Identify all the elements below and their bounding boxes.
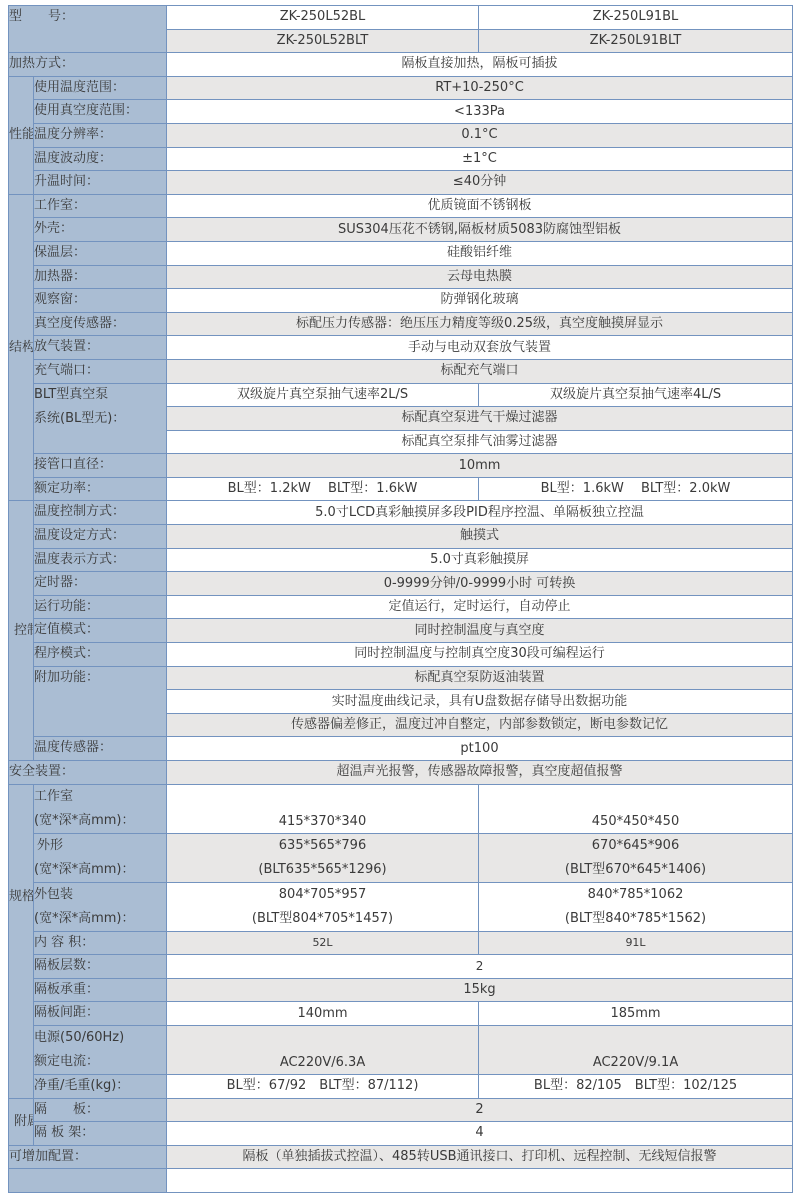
row-value: BL型：1.2kW BLT型：1.6kW [167,477,479,501]
ctrl-row: 定值模式： 同时控制温度与真空度 [9,619,793,643]
row-label: 温度波动度： [34,147,167,171]
spec-volume-row: 内 容 积： 52L 91L [9,931,793,955]
model-label: 型 号： [9,6,167,53]
group-controller: 控制器 [9,501,34,761]
row-value: BL型：1.6kW BLT型：2.0kW [479,477,793,501]
ctrl-row: 温度设定方式： 触摸式 [9,525,793,549]
row-label: 隔板间距： [34,1002,167,1026]
chamber-label-line1: 工作室 [34,785,166,809]
package-line1: 804*705*957 [167,883,478,907]
pump-filter-in: 标配真空泵进气干燥过滤器 [167,407,793,431]
row-value: 手动与电动双套放气装置 [167,336,793,360]
pump-label-line1: BLT型真空泵 [34,384,166,406]
ctrl-row: 温度表示方式： 5.0寸真彩触摸屏 [9,548,793,572]
row-label: 温度设定方式： [34,525,167,549]
chamber-label: 工作室 (宽*深*高mm)： [34,784,167,833]
spec-table: 型 号： ZK-250L52BL ZK-250L91BL ZK-250L52BL… [8,5,793,1193]
group-accessories: 附属品 [9,1098,34,1145]
row-label: 净重/毛重(kg)： [34,1074,167,1098]
spec-package-row: 外包装 (宽*深*高mm)： 804*705*957 (BLT型804*705*… [9,882,793,931]
row-value: BL型：67/92 BLT型：87/112) [167,1074,479,1098]
row-label: 定时器： [34,572,167,596]
power-label-line1: 电源(50/60Hz) [34,1026,166,1050]
row-value: 52L [167,931,479,955]
power-rating-row: 额定功率： BL型：1.2kW BLT型：1.6kW BL型：1.6kW BLT… [9,477,793,501]
struct-row: 加热器： 云母电热膜 [9,265,793,289]
spec-outer-row: 外形 (宽*深*高mm)： 635*565*796 (BLT635*565*12… [9,833,793,882]
row-value: 140mm [167,1002,479,1026]
row-label: 隔板承重： [34,978,167,1002]
accessory-row: 隔 板 架： 4 [9,1122,793,1146]
safety-row: 安全装置： 超温声光报警，传感器故障报警，真空度超值报警 [9,761,793,785]
row-value: BL型：82/105 BLT型：102/125 [479,1074,793,1098]
ctrl-row: 控制器 温度控制方式： 5.0寸LCD真彩触摸屏多段PID程序控温、单隔板独立控… [9,501,793,525]
row-label: 额定功率： [34,477,167,501]
row-value: 10mm [167,454,793,478]
row-label: 保温层： [34,241,167,265]
perf-row: 温度波动度： ±1°C [9,147,793,171]
row-label: 温度传感器： [34,737,167,761]
perf-row: 使用真空度范围： <133Pa [9,100,793,124]
row-value: 硅酸铝纤维 [167,241,793,265]
row-value: ≤40分钟 [167,171,793,195]
outer-label-line1: 外形 [34,834,166,858]
row-label: 升温时间： [34,171,167,195]
row-value: 同时控制温度与控制真空度30段可编程运行 [167,643,793,667]
spec-power-row: 电源(50/60Hz) 额定电流： AC220V/6.3A AC220V/9.1… [9,1025,793,1074]
spec-shelves-row: 隔板层数： 2 [9,955,793,979]
row-value: 15kg [167,978,793,1002]
row-label: 程序模式： [34,643,167,667]
package-line2: (BLT型840*785*1562) [479,907,792,931]
outer-value: 670*645*906 (BLT型670*645*1406) [479,833,793,882]
group-structure: 结构 [9,194,34,501]
row-value: <133Pa [167,100,793,124]
row-value: pt100 [167,737,793,761]
row-label: 使用温度范围： [34,76,167,100]
row-label: 充气端口： [34,359,167,383]
row-value: 4 [167,1122,793,1146]
model-row-1: 型 号： ZK-250L52BL ZK-250L91BL [9,6,793,30]
options-label: 可增加配置： [9,1145,167,1169]
pump-speed: 双级旋片真空泵抽气速率4L/S [479,383,793,407]
heating-value: 隔板直接加热，隔板可插拔 [167,53,793,77]
row-value: RT+10-250°C [167,76,793,100]
row-label: 外壳： [34,218,167,242]
row-label: 内 容 积： [34,931,167,955]
struct-row: 充气端口： 标配充气端口 [9,359,793,383]
row-label: 加热器： [34,265,167,289]
safety-value: 超温声光报警，传感器故障报警，真空度超值报警 [167,761,793,785]
row-label: 温度控制方式： [34,501,167,525]
extra-label: 附加功能： [34,666,167,737]
options-value: 隔板（单独插拔式控温）、485转USB通讯接口、打印机、远程控制、无线短信报警 [167,1145,793,1169]
row-label: 温度分辨率： [34,123,167,147]
safety-label: 安全装置： [9,761,167,785]
package-label-line2: (宽*深*高mm)： [34,907,166,931]
row-label: 定值模式： [34,619,167,643]
pump-label: BLT型真空泵 系统(BL型无)： [34,383,167,454]
struct-row: 放气装置： 手动与电动双套放气装置 [9,336,793,360]
outer-line1: 670*645*906 [479,834,792,858]
perf-row: 性能 使用温度范围： RT+10-250°C [9,76,793,100]
pipe-row: 接管口直径： 10mm [9,454,793,478]
row-value: 触摸式 [167,525,793,549]
row-value: 185mm [479,1002,793,1026]
struct-row: 观察窗： 防弹钢化玻璃 [9,289,793,313]
package-line1: 840*785*1062 [479,883,792,907]
row-label: 真空度传感器： [34,312,167,336]
heating-label: 加热方式： [9,53,167,77]
group-performance: 性能 [9,76,34,194]
model-cell: ZK-250L52BL [167,6,479,30]
spec-weight-row: 净重/毛重(kg)： BL型：67/92 BLT型：87/112) BL型：82… [9,1074,793,1098]
row-value: 防弹钢化玻璃 [167,289,793,313]
pump-row: BLT型真空泵 系统(BL型无)： 双级旋片真空泵抽气速率2L/S 双级旋片真空… [9,383,793,407]
row-value: 同时控制温度与真空度 [167,619,793,643]
outer-label: 外形 (宽*深*高mm)： [34,833,167,882]
chamber-label-line2: (宽*深*高mm)： [34,809,166,833]
options-row: 可增加配置： 隔板（单独插拔式控温）、485转USB通讯接口、打印机、远程控制、… [9,1145,793,1169]
empty-value [167,1169,793,1193]
row-label: 隔 板 架： [34,1122,167,1146]
row-value: 2 [167,955,793,979]
pump-label-line2: 系统(BL型无)： [34,408,166,430]
row-label: 放气装置： [34,336,167,360]
package-line2: (BLT型804*705*1457) [167,907,478,931]
struct-row: 保温层： 硅酸铝纤维 [9,241,793,265]
row-value: 优质镜面不锈钢板 [167,194,793,218]
row-value: SUS304压花不锈钢,隔板材质5083防腐蚀型铝板 [167,218,793,242]
power-value: AC220V/6.3A [167,1025,479,1074]
perf-row: 温度分辨率： 0.1°C [9,123,793,147]
perf-row: 升温时间： ≤40分钟 [9,171,793,195]
row-value: 91L [479,931,793,955]
row-label: 观察窗： [34,289,167,313]
ctrl-row: 程序模式： 同时控制温度与控制真空度30段可编程运行 [9,643,793,667]
row-label: 隔 板： [34,1098,167,1122]
package-value: 804*705*957 (BLT型804*705*1457) [167,882,479,931]
struct-row: 真空度传感器： 标配压力传感器：绝压压力精度等级0.25级，真空度触摸屏显示 [9,312,793,336]
model-cell: ZK-250L91BLT [479,29,793,53]
row-value: 0.1°C [167,123,793,147]
extra-row: 附加功能： 标配真空泵防返油装置 [9,666,793,690]
row-label: 温度表示方式： [34,548,167,572]
chamber-value: 415*370*340 [167,784,479,833]
outer-line1: 635*565*796 [167,834,478,858]
group-specs: 规格 [9,784,34,1098]
row-value: 5.0寸真彩触摸屏 [167,548,793,572]
ctrl-row: 定时器： 0-9999分钟/0-9999小时 可转换 [9,572,793,596]
power-value: AC220V/9.1A [479,1025,793,1074]
spec-spacing-row: 隔板间距： 140mm 185mm [9,1002,793,1026]
extra-value: 标配真空泵防返油装置 [167,666,793,690]
spec-load-row: 隔板承重： 15kg [9,978,793,1002]
outer-label-line2: (宽*深*高mm)： [34,858,166,882]
row-value: 标配充气端口 [167,359,793,383]
row-label: 工作室： [34,194,167,218]
empty-label [9,1169,167,1193]
row-value: 云母电热膜 [167,265,793,289]
ctrl-row: 运行功能： 定值运行，定时运行，自动停止 [9,595,793,619]
extra-value: 传感器偏差修正，温度过冲自整定，内部参数锁定，断电参数记忆 [167,713,793,737]
outer-value: 635*565*796 (BLT635*565*1296) [167,833,479,882]
package-value: 840*785*1062 (BLT型840*785*1562) [479,882,793,931]
accessory-row: 附属品 隔 板： 2 [9,1098,793,1122]
struct-row: 外壳： SUS304压花不锈钢,隔板材质5083防腐蚀型铝板 [9,218,793,242]
row-value: ±1°C [167,147,793,171]
power-label-line2: 额定电流： [34,1050,166,1074]
row-value: 5.0寸LCD真彩触摸屏多段PID程序控温、单隔板独立控温 [167,501,793,525]
row-label: 接管口直径： [34,454,167,478]
power-label: 电源(50/60Hz) 额定电流： [34,1025,167,1074]
row-label: 运行功能： [34,595,167,619]
outer-line2: (BLT635*565*1296) [167,858,478,882]
model-cell: ZK-250L52BLT [167,29,479,53]
row-value: 定值运行，定时运行，自动停止 [167,595,793,619]
heating-row: 加热方式： 隔板直接加热，隔板可插拔 [9,53,793,77]
row-value: 0-9999分钟/0-9999小时 可转换 [167,572,793,596]
pump-filter-out: 标配真空泵排气油雾过滤器 [167,430,793,454]
outer-line2: (BLT型670*645*1406) [479,858,792,882]
package-label-line1: 外包装 [34,883,166,907]
extra-value: 实时温度曲线记录，具有U盘数据存储导出数据功能 [167,690,793,714]
package-label: 外包装 (宽*深*高mm)： [34,882,167,931]
model-cell: ZK-250L91BL [479,6,793,30]
struct-row: 结构 工作室： 优质镜面不锈钢板 [9,194,793,218]
pump-speed: 双级旋片真空泵抽气速率2L/S [167,383,479,407]
spec-chamber-row: 规格 工作室 (宽*深*高mm)： 415*370*340 450*450*45… [9,784,793,833]
row-label: 使用真空度范围： [34,100,167,124]
row-label: 隔板层数： [34,955,167,979]
sensor-row: 温度传感器： pt100 [9,737,793,761]
chamber-value: 450*450*450 [479,784,793,833]
empty-row [9,1169,793,1193]
row-value: 2 [167,1098,793,1122]
row-value: 标配压力传感器：绝压压力精度等级0.25级，真空度触摸屏显示 [167,312,793,336]
